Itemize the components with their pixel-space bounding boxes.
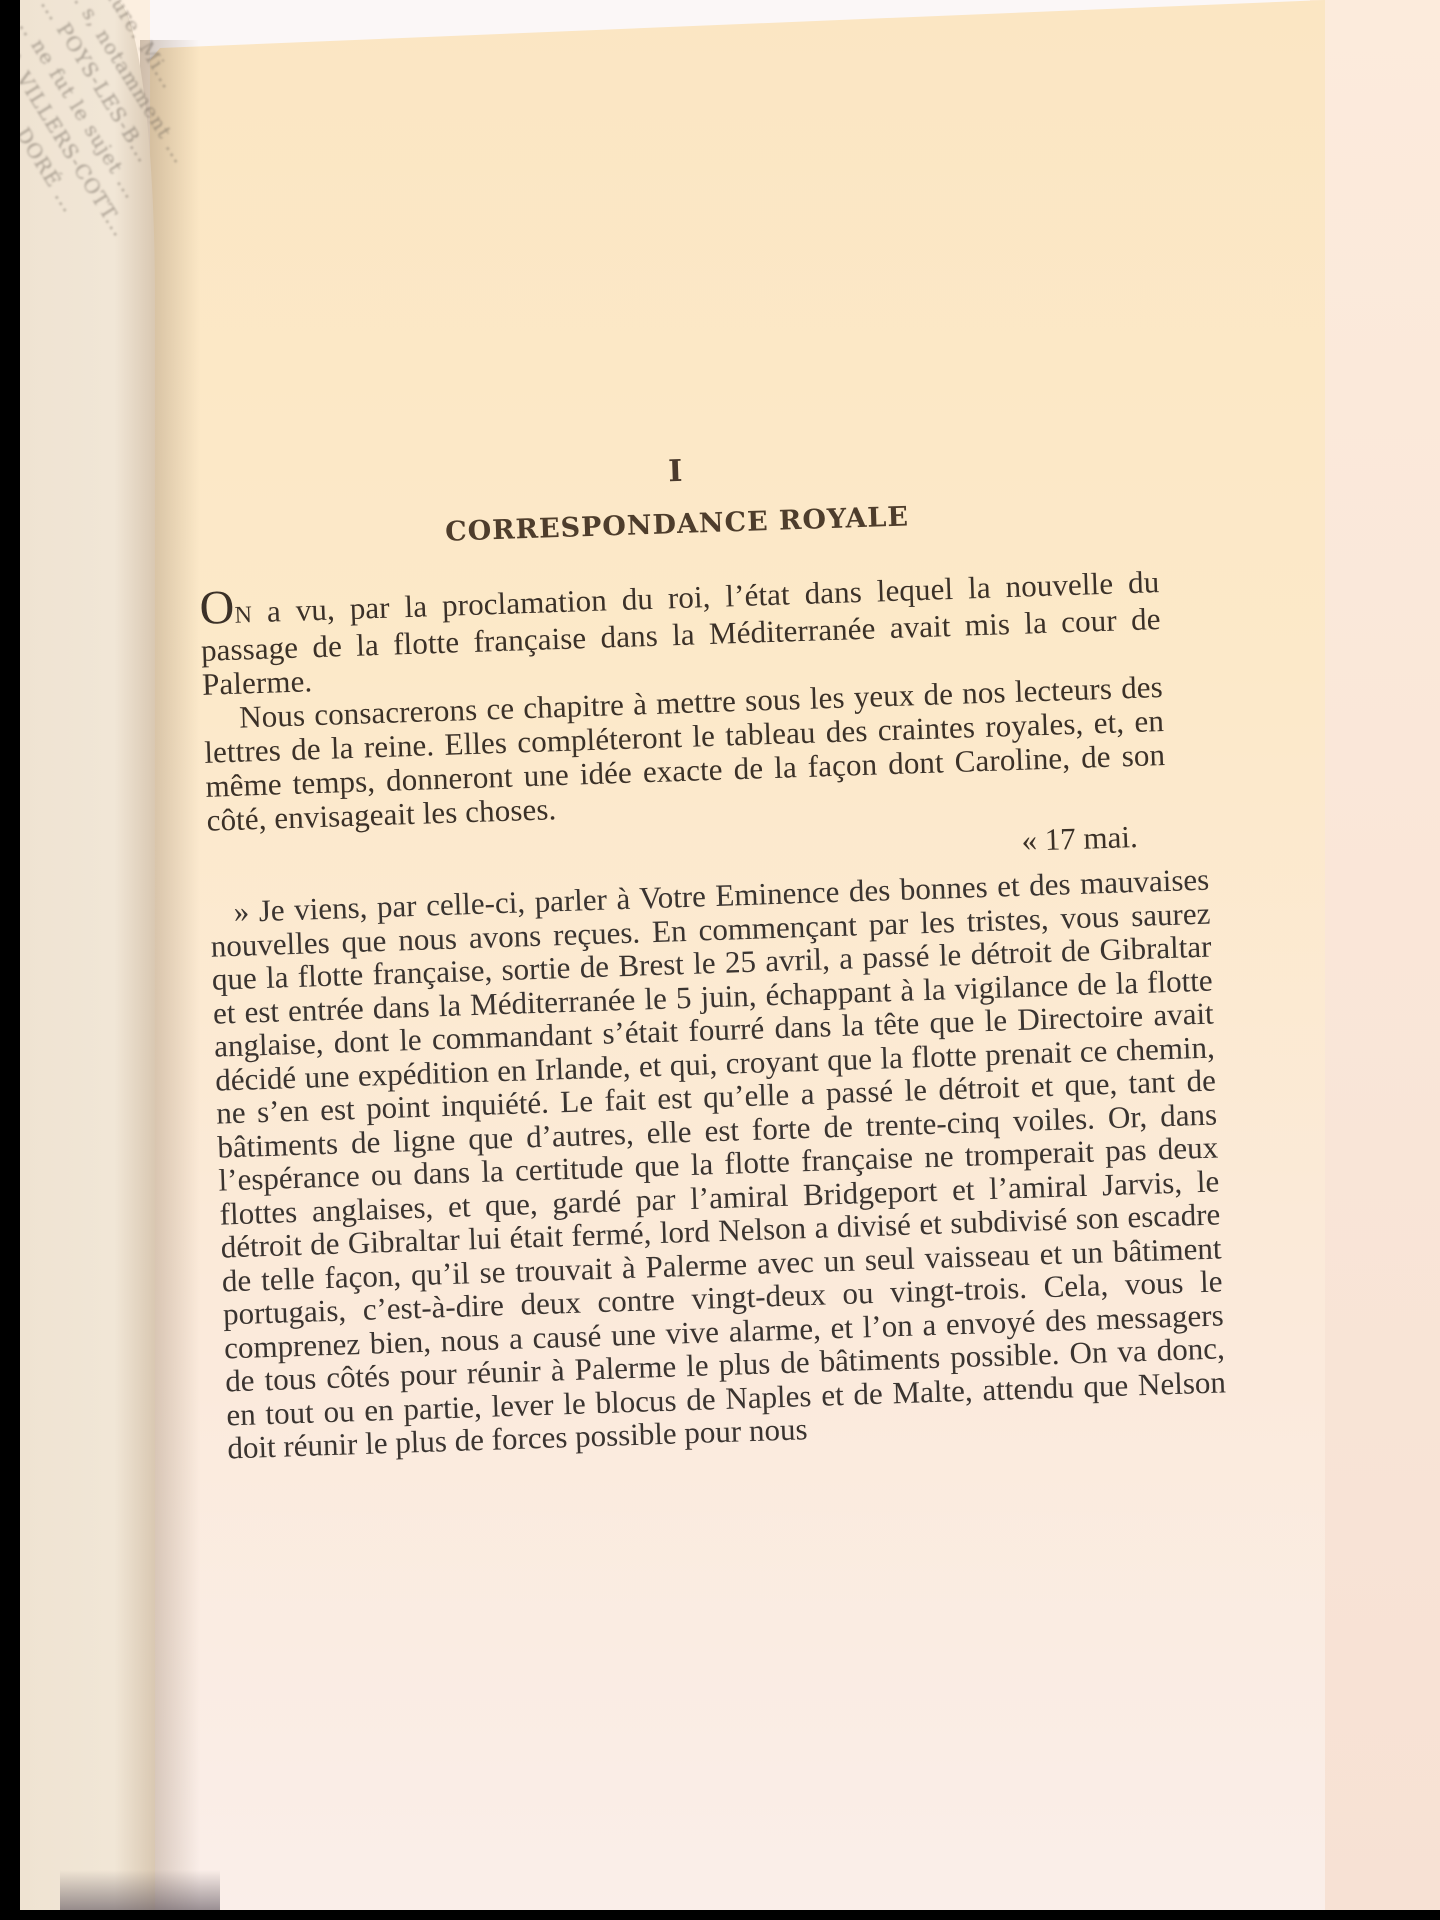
- intro-paragraph-2: Nous consacrerons ce chapitre à mettre s…: [203, 670, 1167, 838]
- chapter-title: CORRESPONDANCE ROYALE: [197, 493, 1158, 556]
- small-caps: N: [234, 602, 252, 629]
- letter-block: » Je viens, par celle-ci, parler à Votre…: [209, 863, 1227, 1465]
- facing-page-curl: ... lure. Mi... ... s, notamment ... ...…: [20, 0, 155, 1910]
- drop-cap: O: [199, 581, 236, 635]
- bottom-shadow: [60, 1870, 220, 1910]
- letter-body: » Je viens, par celle-ci, parler à Votre…: [209, 863, 1227, 1465]
- page-content: I CORRESPONDANCE ROYALE ON a vu, par la …: [195, 438, 1187, 1465]
- background-right: [1310, 0, 1440, 1910]
